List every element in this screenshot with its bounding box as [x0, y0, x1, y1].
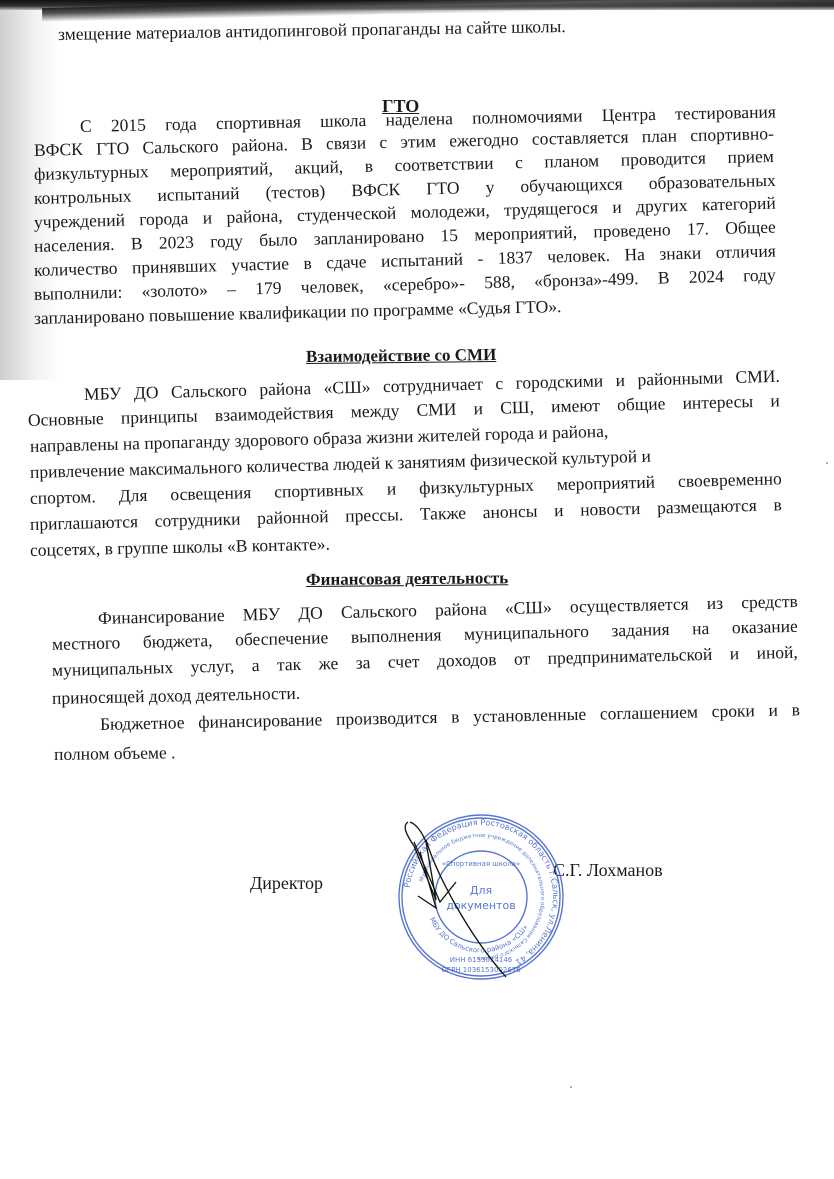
paragraph-line: приносящей доход деятельности. — [52, 683, 301, 708]
section-heading-media: Взаимодействие со СМИ — [306, 345, 496, 367]
document-page: змещение материалов антидопинговой пропа… — [0, 0, 834, 1179]
signatory-title: Директор — [250, 873, 323, 894]
section-heading-finance: Финансовая деятельность — [306, 568, 508, 590]
stamp-inn: ИНН 6153014146 — [450, 956, 513, 964]
stamp-ogrn: ОГРН 1036153002676 — [441, 966, 521, 974]
paragraph-line: полном объеме . — [54, 742, 176, 764]
scan-speck — [826, 462, 828, 464]
stamp-school-name: «Спортивная школа» — [442, 860, 521, 868]
signatory-name: С.Г. Лохманов — [553, 860, 663, 881]
top-fragment-line: змещение материалов антидопинговой пропа… — [58, 16, 566, 44]
stamp-center-line1: Для — [470, 884, 492, 897]
scan-speck — [90, 520, 92, 522]
official-stamp: Российская Федерация Ростовская область … — [396, 812, 566, 982]
paragraph-line: соцсетях, в группе школы «В контакте». — [30, 534, 330, 560]
scan-speck — [570, 1086, 572, 1088]
stamp-center-line2: документов — [446, 899, 515, 912]
